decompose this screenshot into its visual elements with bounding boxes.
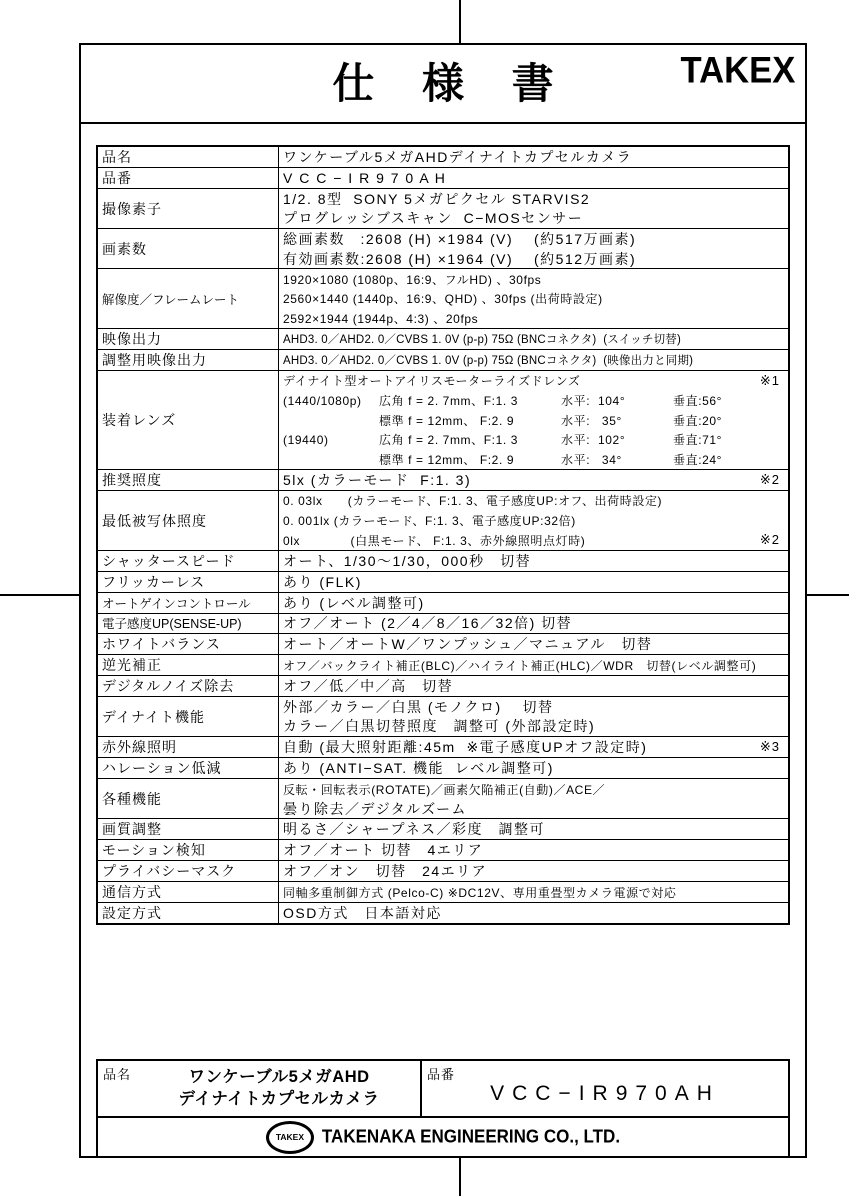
spec-text: 5lx (カラーモード F:1. 3)	[283, 470, 471, 490]
spec-row-label: 品名	[98, 147, 279, 167]
spec-value-line: 0. 03lx (カラーモード、F:1. 3、電子感度UP:オフ、出荷時設定)	[279, 491, 788, 511]
spec-row-value: あり (ANTI−SAT. 機能 レベル調整可)	[279, 758, 788, 778]
spec-text: オフ／オート (2／4／8／16／32倍) 切替	[283, 614, 572, 634]
spec-value-line: V C C − I R 9 7 0 A H	[279, 168, 788, 188]
spec-row-value: 外部／カラー／白黒 (モノクロ) 切替カラー／白黒切替照度 調整可 (外部設定時…	[279, 697, 788, 736]
spec-text: オフ／低／中／高 切替	[283, 676, 453, 696]
spec-value-line: カラー／白黒切替照度 調整可 (外部設定時)	[279, 717, 788, 737]
spec-row-label: 画素数	[98, 229, 279, 268]
spec-text: 2592×1944 (1944p、4:3) 、20fps	[283, 310, 478, 327]
spec-row-label: 解像度／フレームレート	[98, 269, 279, 328]
spec-row: 赤外線照明自動 (最大照射距離:45m ※電子感度UPオフ設定時)※3	[98, 737, 788, 758]
takex-oval-text: TAKEX	[276, 1132, 304, 1142]
lens-spec-col: 水平: 102°	[561, 431, 673, 448]
footnote-mark: ※2	[760, 472, 784, 488]
spec-text: あり (ANTI−SAT. 機能 レベル調整可)	[283, 758, 554, 778]
crop-mark-top	[459, 0, 461, 45]
lens-spec-col: 水平: 34°	[561, 451, 673, 468]
spec-row-value: オフ／低／中／高 切替	[279, 676, 788, 696]
spec-row-label: モーション検知	[98, 840, 279, 860]
spec-sheet-page: { "page": { "title": "仕 様 書", "brand": "…	[0, 0, 849, 1200]
spec-text: 1920×1080 (1080p、16:9、フルHD) 、30fps	[283, 271, 541, 288]
spec-row-label: デイナイト機能	[98, 697, 279, 736]
spec-value-line: 0. 001lx (カラーモード、F:1. 3、電子感度UP:32倍)	[279, 511, 788, 531]
spec-row-label: デジタルノイズ除去	[98, 676, 279, 696]
spec-text: オフ／バックライト補正(BLC)／ハイライト補正(HLC)／WDR 切替(レベル…	[283, 657, 756, 674]
spec-value-line: (19440)広角 f = 2. 7mm、F:1. 3水平: 102°垂直:71…	[279, 430, 788, 450]
company-name: TAKENAKA ENGINEERING CO., LTD.	[322, 1126, 620, 1148]
spec-row: 最低被写体照度0. 03lx (カラーモード、F:1. 3、電子感度UP:オフ、…	[98, 491, 788, 551]
spec-row: 電子感度UP(SENSE-UP)オフ／オート (2／4／8／16／32倍) 切替	[98, 614, 788, 635]
spec-text: あり (レベル調整可)	[283, 593, 425, 613]
spec-row: 品名ワンケーブル5メガAHDデイナイトカプセルカメラ	[98, 147, 788, 168]
spec-row: フリッカーレスあり (FLK)	[98, 572, 788, 593]
spec-row-label: シャッタースピード	[98, 551, 279, 571]
spec-row-value: AHD3. 0／AHD2. 0／CVBS 1. 0V (p-p) 75Ω (BN…	[279, 329, 788, 349]
spec-row-label: 撮像素子	[98, 189, 279, 228]
spec-row: ホワイトバランスオート／オートW／ワンプッシュ／マニュアル 切替	[98, 634, 788, 655]
spec-row-label: 電子感度UP(SENSE-UP)	[98, 614, 279, 634]
spec-row: 品番V C C − I R 9 7 0 A H	[98, 168, 788, 189]
lens-spec-col: 垂直:20°	[673, 412, 765, 429]
spec-row-label: 装着レンズ	[98, 371, 279, 469]
spec-value-line: オート、1/30～1/30，000秒 切替	[279, 551, 788, 571]
spec-row-label: プライバシーマスク	[98, 861, 279, 881]
footer-product-name-cell: 品名 ワンケーブル5メガAHD デイナイトカプセルカメラ	[98, 1061, 422, 1116]
spec-text: 曇り除去／デジタルズーム	[283, 799, 467, 819]
spec-row-label: 赤外線照明	[98, 737, 279, 757]
footer-name-line2: デイナイトカプセルカメラ	[98, 1089, 420, 1110]
spec-text: 反転・回転表示(ROTATE)／画素欠陥補正(自動)／ACE／	[283, 781, 605, 798]
spec-value-line: オフ／オート (2／4／8／16／32倍) 切替	[279, 614, 788, 634]
spec-value-line: 外部／カラー／白黒 (モノクロ) 切替	[279, 697, 788, 717]
spec-row: 通信方式同軸多重制御方式 (Pelco-C) ※DC12V、専用重畳型カメラ電源…	[98, 882, 788, 903]
lens-spec-col: 標準 f = 12mm、 F:2. 9	[379, 412, 561, 429]
spec-row-label: フリッカーレス	[98, 572, 279, 592]
spec-value-line: 2592×1944 (1944p、4:3) 、20fps	[279, 309, 788, 329]
spec-row-value: デイナイト型オートアイリスモーターライズドレンズ※1(1440/1080p)広角…	[279, 371, 788, 469]
spec-text: オート／オートW／ワンプッシュ／マニュアル 切替	[283, 634, 652, 654]
spec-value-line: あり (レベル調整可)	[279, 593, 788, 613]
spec-value-line: 標準 f = 12mm、 F:2. 9水平: 34°垂直:24°	[279, 450, 788, 470]
footer-number-label: 品番	[427, 1064, 455, 1083]
spec-text: 明るさ／シャープネス／彩度 調整可	[283, 820, 545, 840]
spec-text: 有効画素数:2608 (H) ×1964 (V) (約512万画素)	[283, 249, 636, 269]
spec-row-value: 1920×1080 (1080p、16:9、フルHD) 、30fps2560×1…	[279, 269, 788, 328]
document-frame: 仕 様 書 TAKEX 品名ワンケーブル5メガAHDデイナイトカプセルカメラ品番…	[79, 43, 807, 1158]
spec-row-label: オートゲインコントロール	[98, 593, 279, 613]
spec-value-line: 曇り除去／デジタルズーム	[279, 799, 788, 819]
lens-spec-col: (1440/1080p)	[283, 394, 379, 408]
spec-value-line: デイナイト型オートアイリスモーターライズドレンズ※1	[279, 371, 788, 391]
lens-spec-col: 垂直:56°	[673, 392, 765, 409]
spec-row-value: オート、1/30～1/30，000秒 切替	[279, 551, 788, 571]
spec-text: 0. 001lx (カラーモード、F:1. 3、電子感度UP:32倍)	[283, 512, 576, 529]
spec-row-value: 0. 03lx (カラーモード、F:1. 3、電子感度UP:オフ、出荷時設定)0…	[279, 491, 788, 550]
spec-row: 画質調整明るさ／シャープネス／彩度 調整可	[98, 819, 788, 840]
spec-row-label: 品番	[98, 168, 279, 188]
spec-text: 総画素数 :2608 (H) ×1984 (V) (約517万画素)	[283, 229, 636, 249]
spec-row: 映像出力AHD3. 0／AHD2. 0／CVBS 1. 0V (p-p) 75Ω…	[98, 329, 788, 350]
spec-value-line: 反転・回転表示(ROTATE)／画素欠陥補正(自動)／ACE／	[279, 779, 788, 799]
spec-value-line: 0lx (白黒モード、 F:1. 3、赤外線照明点灯時)※2	[279, 530, 788, 550]
spec-text: ワンケーブル5メガAHDデイナイトカプセルカメラ	[283, 147, 632, 167]
spec-row: 各種機能反転・回転表示(ROTATE)／画素欠陥補正(自動)／ACE／曇り除去／…	[98, 779, 788, 819]
spec-text: OSD方式 日本語対応	[283, 904, 442, 924]
spec-row: 画素数総画素数 :2608 (H) ×1984 (V) (約517万画素)有効画…	[98, 229, 788, 269]
spec-row-label: 推奨照度	[98, 470, 279, 490]
spec-text: AHD3. 0／AHD2. 0／CVBS 1. 0V (p-p) 75Ω (BN…	[283, 352, 693, 368]
spec-row: 推奨照度5lx (カラーモード F:1. 3)※2	[98, 470, 788, 491]
footer-name-label: 品名	[103, 1064, 131, 1083]
takex-logo: TAKEX	[680, 49, 795, 92]
spec-row: シャッタースピードオート、1/30～1/30，000秒 切替	[98, 551, 788, 572]
spec-row: 解像度／フレームレート1920×1080 (1080p、16:9、フルHD) 、…	[98, 269, 788, 329]
spec-table: 品名ワンケーブル5メガAHDデイナイトカプセルカメラ品番V C C − I R …	[96, 145, 790, 925]
spec-row-label: 各種機能	[98, 779, 279, 818]
spec-value-line: 1/2. 8型 SONY 5メガピクセル STARVIS2	[279, 189, 788, 209]
spec-row-label: 画質調整	[98, 819, 279, 839]
spec-row: デジタルノイズ除去オフ／低／中／高 切替	[98, 676, 788, 697]
spec-row-label: ホワイトバランス	[98, 634, 279, 654]
spec-row: 設定方式OSD方式 日本語対応	[98, 903, 788, 923]
footnote-mark: ※2	[760, 532, 784, 548]
spec-row-value: あり (レベル調整可)	[279, 593, 788, 613]
footnote-mark: ※1	[760, 373, 784, 389]
spec-row-label: 逆光補正	[98, 655, 279, 675]
spec-row-value: ワンケーブル5メガAHDデイナイトカプセルカメラ	[279, 147, 788, 167]
spec-value-line: オフ／オート 切替 4エリア	[279, 841, 788, 861]
spec-text: オフ／オン 切替 24エリア	[283, 862, 487, 882]
spec-value-line: OSD方式 日本語対応	[279, 904, 788, 924]
spec-row: プライバシーマスクオフ／オン 切替 24エリア	[98, 861, 788, 882]
spec-value-line: ワンケーブル5メガAHDデイナイトカプセルカメラ	[279, 147, 788, 167]
spec-row-value: 総画素数 :2608 (H) ×1984 (V) (約517万画素)有効画素数:…	[279, 229, 788, 268]
spec-value-line: 自動 (最大照射距離:45m ※電子感度UPオフ設定時)※3	[279, 737, 788, 757]
crop-mark-left	[0, 594, 80, 596]
footnote-mark: ※3	[760, 739, 784, 755]
spec-row: 調整用映像出力AHD3. 0／AHD2. 0／CVBS 1. 0V (p-p) …	[98, 350, 788, 371]
spec-row-label: 通信方式	[98, 882, 279, 902]
spec-row-value: AHD3. 0／AHD2. 0／CVBS 1. 0V (p-p) 75Ω (BN…	[279, 350, 788, 370]
spec-row-label: 最低被写体照度	[98, 491, 279, 550]
spec-row-value: OSD方式 日本語対応	[279, 903, 788, 923]
spec-row: 逆光補正オフ／バックライト補正(BLC)／ハイライト補正(HLC)／WDR 切替…	[98, 655, 788, 676]
spec-row: 装着レンズデイナイト型オートアイリスモーターライズドレンズ※1(1440/108…	[98, 371, 788, 470]
footer-title-row: 品名 ワンケーブル5メガAHD デイナイトカプセルカメラ 品番 VCC−IR97…	[98, 1061, 788, 1118]
spec-value-line: 1920×1080 (1080p、16:9、フルHD) 、30fps	[279, 269, 788, 289]
spec-row-value: オート／オートW／ワンプッシュ／マニュアル 切替	[279, 634, 788, 654]
document-header: 仕 様 書 TAKEX	[81, 45, 805, 124]
lens-spec-col: 水平: 104°	[561, 392, 673, 409]
spec-value-line: オート／オートW／ワンプッシュ／マニュアル 切替	[279, 634, 788, 654]
spec-row-value: オフ／オート (2／4／8／16／32倍) 切替	[279, 614, 788, 634]
spec-row-value: 同軸多重制御方式 (Pelco-C) ※DC12V、専用重畳型カメラ電源で対応	[279, 882, 788, 902]
spec-value-line: 有効画素数:2608 (H) ×1964 (V) (約512万画素)	[279, 249, 788, 269]
spec-text: 自動 (最大照射距離:45m ※電子感度UPオフ設定時)	[283, 737, 647, 757]
spec-text: あり (FLK)	[283, 572, 362, 592]
spec-text: カラー／白黒切替照度 調整可 (外部設定時)	[283, 717, 595, 737]
lens-spec-col: 広角 f = 2. 7mm、F:1. 3	[379, 392, 561, 409]
crop-mark-right	[806, 594, 849, 596]
takex-oval-logo-icon: TAKEX	[266, 1121, 314, 1154]
spec-text: 2560×1440 (1440p、16:9、QHD) 、30fps (出荷時設定…	[283, 290, 603, 307]
lens-spec-col: 垂直:24°	[673, 451, 765, 468]
spec-row-value: オフ／バックライト補正(BLC)／ハイライト補正(HLC)／WDR 切替(レベル…	[279, 655, 788, 675]
spec-text: 0. 03lx (カラーモード、F:1. 3、電子感度UP:オフ、出荷時設定)	[283, 492, 662, 509]
footer-number-value: VCC−IR970AH	[422, 1072, 788, 1106]
spec-row: デイナイト機能外部／カラー／白黒 (モノクロ) 切替カラー／白黒切替照度 調整可…	[98, 697, 788, 737]
spec-row: オートゲインコントロールあり (レベル調整可)	[98, 593, 788, 614]
spec-value-line: あり (ANTI−SAT. 機能 レベル調整可)	[279, 758, 788, 778]
footer-box: 品名 ワンケーブル5メガAHD デイナイトカプセルカメラ 品番 VCC−IR97…	[96, 1059, 790, 1158]
spec-row-label: 調整用映像出力	[98, 350, 279, 370]
spec-value-line: 標準 f = 12mm、 F:2. 9水平: 35°垂直:20°	[279, 410, 788, 430]
spec-row: 撮像素子1/2. 8型 SONY 5メガピクセル STARVIS2プログレッシブ…	[98, 189, 788, 229]
spec-value-line: AHD3. 0／AHD2. 0／CVBS 1. 0V (p-p) 75Ω (BN…	[279, 329, 788, 349]
spec-text: 1/2. 8型 SONY 5メガピクセル STARVIS2	[283, 189, 590, 209]
spec-row-value: 自動 (最大照射距離:45m ※電子感度UPオフ設定時)※3	[279, 737, 788, 757]
spec-row-value: オフ／オン 切替 24エリア	[279, 861, 788, 881]
spec-text: AHD3. 0／AHD2. 0／CVBS 1. 0V (p-p) 75Ω (BN…	[283, 331, 681, 347]
spec-value-line: 同軸多重制御方式 (Pelco-C) ※DC12V、専用重畳型カメラ電源で対応	[279, 883, 788, 903]
spec-row-value: あり (FLK)	[279, 572, 788, 592]
spec-text: オート、1/30～1/30，000秒 切替	[283, 551, 531, 571]
lens-spec-col: 標準 f = 12mm、 F:2. 9	[379, 451, 561, 468]
spec-value-line: オフ／バックライト補正(BLC)／ハイライト補正(HLC)／WDR 切替(レベル…	[279, 655, 788, 675]
spec-value-line: オフ／オン 切替 24エリア	[279, 862, 788, 882]
spec-row-value: オフ／オート 切替 4エリア	[279, 840, 788, 860]
spec-row-label: ハレーション低減	[98, 758, 279, 778]
spec-text: オフ／オート 切替 4エリア	[283, 841, 483, 861]
spec-row-value: 反転・回転表示(ROTATE)／画素欠陥補正(自動)／ACE／曇り除去／デジタル…	[279, 779, 788, 818]
spec-text: プログレッシブスキャン C−MOSセンサー	[283, 209, 583, 229]
spec-row-value: V C C − I R 9 7 0 A H	[279, 168, 788, 188]
spec-value-line: (1440/1080p)広角 f = 2. 7mm、F:1. 3水平: 104°…	[279, 391, 788, 411]
lens-spec-col: 垂直:71°	[673, 431, 765, 448]
spec-text: 0lx (白黒モード、 F:1. 3、赤外線照明点灯時)	[283, 532, 585, 549]
crop-mark-bottom	[459, 1156, 461, 1196]
spec-value-line: AHD3. 0／AHD2. 0／CVBS 1. 0V (p-p) 75Ω (BN…	[279, 350, 788, 370]
spec-row: モーション検知オフ／オート 切替 4エリア	[98, 840, 788, 861]
spec-value-line: 2560×1440 (1440p、16:9、QHD) 、30fps (出荷時設定…	[279, 289, 788, 309]
spec-row: ハレーション低減あり (ANTI−SAT. 機能 レベル調整可)	[98, 758, 788, 779]
spec-row-value: 5lx (カラーモード F:1. 3)※2	[279, 470, 788, 490]
spec-row-value: 明るさ／シャープネス／彩度 調整可	[279, 819, 788, 839]
spec-text: 同軸多重制御方式 (Pelco-C) ※DC12V、専用重畳型カメラ電源で対応	[283, 884, 676, 901]
spec-text: デイナイト型オートアイリスモーターライズドレンズ	[283, 372, 580, 389]
spec-text: 外部／カラー／白黒 (モノクロ) 切替	[283, 697, 554, 717]
spec-row-label: 設定方式	[98, 903, 279, 923]
spec-value-line: あり (FLK)	[279, 572, 788, 592]
footer-product-number-cell: 品番 VCC−IR970AH	[422, 1061, 788, 1116]
spec-value-line: オフ／低／中／高 切替	[279, 676, 788, 696]
footer-name-line1: ワンケーブル5メガAHD	[98, 1067, 420, 1088]
lens-spec-col: 広角 f = 2. 7mm、F:1. 3	[379, 431, 561, 448]
spec-value-line: 総画素数 :2608 (H) ×1984 (V) (約517万画素)	[279, 229, 788, 249]
spec-row-label: 映像出力	[98, 329, 279, 349]
company-bar: TAKEX TAKENAKA ENGINEERING CO., LTD.	[98, 1118, 788, 1156]
spec-row-value: 1/2. 8型 SONY 5メガピクセル STARVIS2プログレッシブスキャン…	[279, 189, 788, 228]
spec-value-line: 明るさ／シャープネス／彩度 調整可	[279, 820, 788, 840]
lens-spec-col: (19440)	[283, 433, 379, 447]
spec-text: V C C − I R 9 7 0 A H	[283, 170, 446, 186]
spec-value-line: プログレッシブスキャン C−MOSセンサー	[279, 209, 788, 229]
lens-spec-col: 水平: 35°	[561, 412, 673, 429]
spec-value-line: 5lx (カラーモード F:1. 3)※2	[279, 470, 788, 490]
